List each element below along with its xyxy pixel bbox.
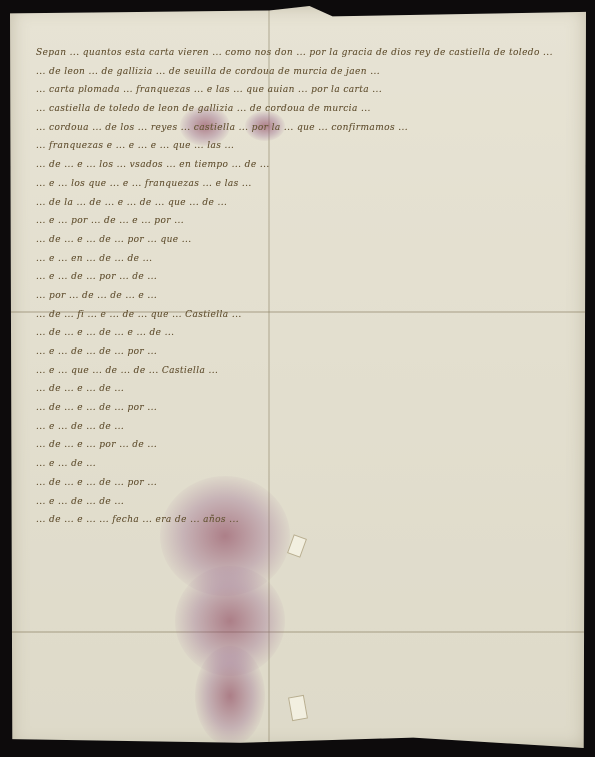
text-line: ... carta plomada ... franquezas ... e l… (36, 81, 576, 100)
text-line: ... de ... fi ... e ... de ... que ... C… (36, 306, 576, 325)
text-line: Sepan ... quantos esta carta vieren ... … (36, 44, 576, 63)
text-line: ... por ... de ... de ... e ... (36, 287, 576, 306)
text-line: ... de ... e ... de ... por ... que ... (36, 231, 576, 250)
parchment: Sepan ... quantos esta carta vieren ... … (10, 6, 586, 748)
stain (195, 646, 265, 746)
text-line: ... de la ... de ... e ... de ... que ..… (36, 194, 576, 213)
text-line: ... e ... que ... de ... de ... Castiell… (36, 362, 576, 381)
text-line: ... e ... por ... de ... e ... por ... (36, 212, 576, 231)
text-line: ... de leon ... de gallizia ... de seuil… (36, 63, 576, 82)
manuscript-text: Sepan ... quantos esta carta vieren ... … (36, 44, 576, 530)
parchment-hole (288, 695, 308, 721)
text-line: ... de ... e ... ... fecha ... era de ..… (36, 511, 576, 530)
text-line: ... cordoua ... de los ... reyes ... cas… (36, 119, 576, 138)
text-line: ... de ... e ... por ... de ... (36, 436, 576, 455)
text-line: ... e ... de ... de ... (36, 418, 576, 437)
text-line: ... de ... e ... de ... por ... (36, 399, 576, 418)
text-line: ... e ... los que ... e ... franquezas .… (36, 175, 576, 194)
text-line: ... castiella de toledo de leon de galli… (36, 100, 576, 119)
text-line: ... e ... de ... (36, 455, 576, 474)
text-line: ... de ... e ... de ... e ... de ... (36, 324, 576, 343)
text-line: ... e ... de ... de ... por ... (36, 343, 576, 362)
text-line: ... e ... de ... de ... (36, 493, 576, 512)
text-line: ... e ... de ... por ... de ... (36, 268, 576, 287)
text-line: ... de ... e ... de ... por ... (36, 474, 576, 493)
fold-line (10, 631, 586, 633)
text-line: ... e ... en ... de ... de ... (36, 250, 576, 269)
parchment-hole (287, 534, 307, 558)
text-line: ... franquezas e ... e ... e ... que ...… (36, 137, 576, 156)
text-line: ... de ... e ... de ... (36, 380, 576, 399)
text-line: ... de ... e ... los ... vsados ... en t… (36, 156, 576, 175)
